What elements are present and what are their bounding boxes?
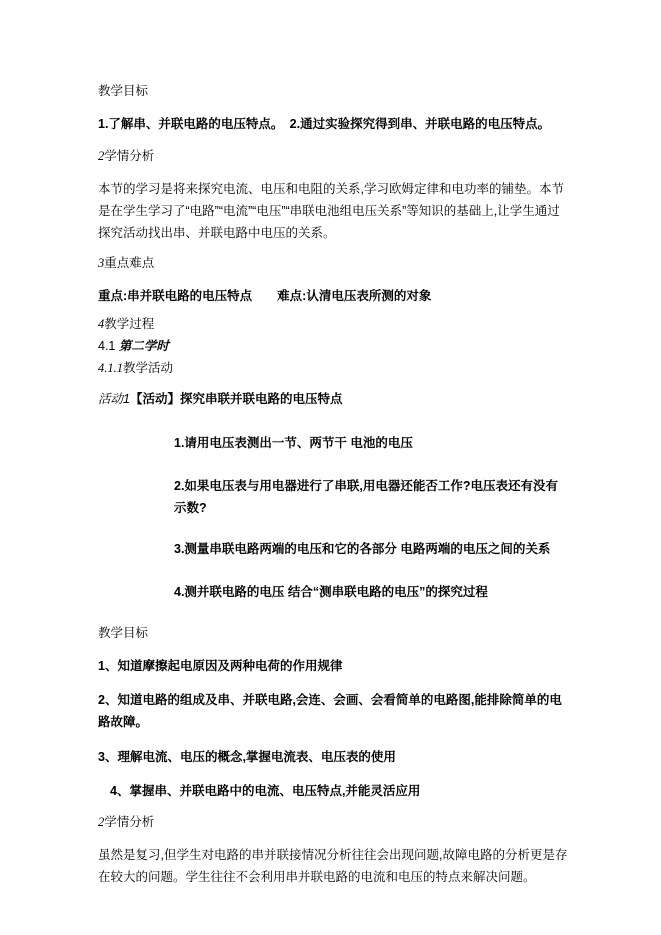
learner-analysis-heading-2: 2学情分析 xyxy=(98,811,570,833)
activity-step-3: 3.测量串联电路两端的电压和它的各部分 电路两端的电压之间的关系 xyxy=(174,538,570,560)
activity-step-2: 2.如果电压表与用电器进行了串联,用电器还能否工作?电压表还有没有示数? xyxy=(174,475,570,519)
process-heading: 4教学过程 xyxy=(98,313,570,335)
activity-title: 【活动】探究串联并联电路的电压特点 xyxy=(130,392,343,406)
teaching-goals-heading-2: 教学目标 xyxy=(98,622,570,644)
teaching-activities-line: 4.1.1教学活动 xyxy=(98,357,570,379)
lesson-period-line: 4.1 第二学时 xyxy=(98,335,570,357)
keypoints-line: 重点:串并联电路的电压特点 难点:认清电压表所测的对象 xyxy=(98,285,570,307)
keypoints-heading: 3重点难点 xyxy=(98,252,570,274)
section-title: 重点难点 xyxy=(104,256,154,270)
subsection-number: 4.1.1 xyxy=(98,361,123,375)
activity-title-line: 活动1【活动】探究串联并联电路的电压特点 xyxy=(98,388,570,410)
learner-analysis-paragraph-2: 虽然是复习,但学生对电路的串并联接情况分析往往会出现问题,故障电路的分析更是存在… xyxy=(98,844,570,888)
lesson-plan-document: 教学目标 1.了解串、并联电路的电压特点。 2.通过实验探究得到串、并联电路的电… xyxy=(0,0,661,888)
activity-step-4: 4.测并联电路的电压 结合“测串联电路的电压”的探究过程 xyxy=(174,581,570,603)
goal-item-2: 2、知道电路的组成及串、并联电路,会连、会画、会看简单的电路图,能排除简单的电路… xyxy=(98,689,570,733)
lesson-title: 第二学时 xyxy=(119,339,169,353)
learner-analysis-paragraph-1: 本节的学习是将来探究电流、电压和电阻的关系,学习欧姆定律和电功率的铺垫。本节是在… xyxy=(98,178,570,244)
lesson-number: 4.1 xyxy=(98,339,115,353)
goal-item-3: 3、理解电流、电压的概念,掌握电流表、电压表的使用 xyxy=(98,746,570,768)
section-title: 教学过程 xyxy=(104,317,154,331)
section-title: 学情分析 xyxy=(104,149,154,163)
goal-item-4: 4、掌握串、并联电路中的电流、电压特点,并能灵活应用 xyxy=(110,780,570,802)
teaching-goals-line: 1.了解串、并联电路的电压特点。 2.通过实验探究得到串、并联电路的电压特点。 xyxy=(98,113,570,135)
section-title: 学情分析 xyxy=(104,815,154,829)
learner-analysis-heading-1: 2学情分析 xyxy=(98,145,570,167)
teaching-goals-heading-1: 教学目标 xyxy=(98,80,570,102)
subsection-title: 教学活动 xyxy=(123,361,173,375)
activity-step-1: 1.请用电压表测出一节、两节干 电池的电压 xyxy=(174,432,570,454)
activity-number: 活动1 xyxy=(98,392,130,406)
goal-item-1: 1、知道摩擦起电原因及两种电荷的作用规律 xyxy=(98,655,570,677)
